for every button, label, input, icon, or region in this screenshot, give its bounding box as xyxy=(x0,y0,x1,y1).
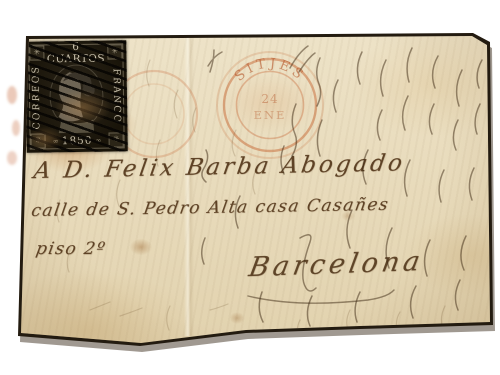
address-line-floor: piso 2º xyxy=(34,239,108,259)
photo-of-postal-cover: ✳ 6 CUARTOS ✳ CORREOS FRANCO ✳ ∞ 1 xyxy=(0,0,500,375)
letter-front: ✳ 6 CUARTOS ✳ CORREOS FRANCO ✳ ∞ 1 xyxy=(0,0,500,375)
postmark-month: ENE xyxy=(254,108,287,122)
postmark-day: 24 xyxy=(261,92,278,106)
stamp-6-cuartos-1850: ✳ 6 CUARTOS ✳ CORREOS FRANCO ✳ ∞ 1 xyxy=(25,40,128,152)
address-line-city: Barcelona xyxy=(246,246,426,283)
stamp-stain xyxy=(25,40,128,152)
red-datestamp-sitjes: SITJES 24 ENE xyxy=(208,46,334,168)
